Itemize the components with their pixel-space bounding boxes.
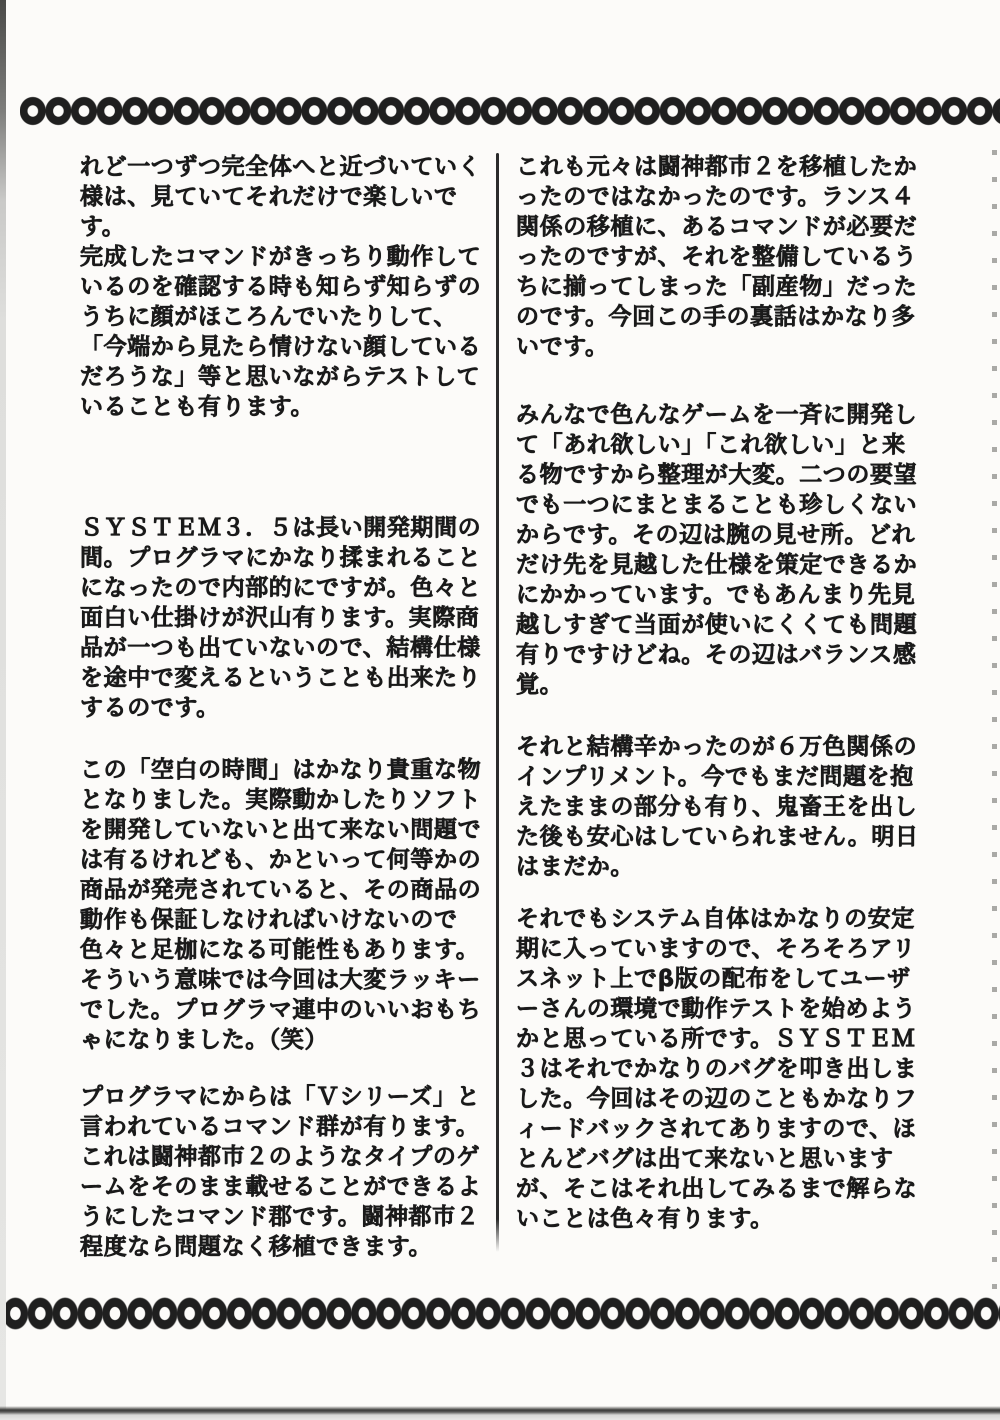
scan-edge-left [0, 0, 6, 1420]
scan-edge-bottom [0, 1406, 1000, 1420]
paragraph-right-1: これも元々は闘神都市２を移植したか ったのではなかったのです。ランス４ 関係の移… [516, 152, 924, 362]
paragraph-right-3: それと結構辛かったのが６万色関係の インプリメント。今でもまだ問題を抱 えたまま… [516, 732, 924, 882]
chain-border-top [20, 96, 1000, 126]
paragraph-left-4: プログラマにからは「Ｖシリーズ」と 言われているコマンド群が有ります。 これは闘… [80, 1082, 488, 1262]
paragraph-right-4: それでもシステム自体はかなりの安定 期に入っていますので、そろそろアリ スネット… [516, 904, 924, 1234]
paragraph-left-3: この「空白の時間」はかなり貴重な物 となりました。実際動かしたりソフト を開発し… [80, 755, 488, 1055]
paragraph-left-2: ＳＹＳＴＥＭ３．５は長い開発期間の 間。プログラマにかなり揉まれること になった… [80, 513, 488, 723]
column-divider [496, 153, 499, 1252]
paragraph-left-1: れど一つずつ完全体へと近づいていく 様は、見ていてそれだけで楽しいです。 完成し… [80, 152, 488, 422]
binding-tick-marks [992, 128, 997, 1293]
text-column-right: これも元々は闘神都市２を移植したか ったのではなかったのです。ランス４ 関係の移… [516, 152, 924, 1234]
chain-border-bottom [3, 1297, 1000, 1330]
paragraph-right-2: みんなで色んなゲームを一斉に開発し て「あれ欲しい」「これ欲しい」と来 る物です… [516, 400, 924, 700]
text-column-left: れど一つずつ完全体へと近づいていく 様は、見ていてそれだけで楽しいです。 完成し… [80, 152, 488, 1262]
